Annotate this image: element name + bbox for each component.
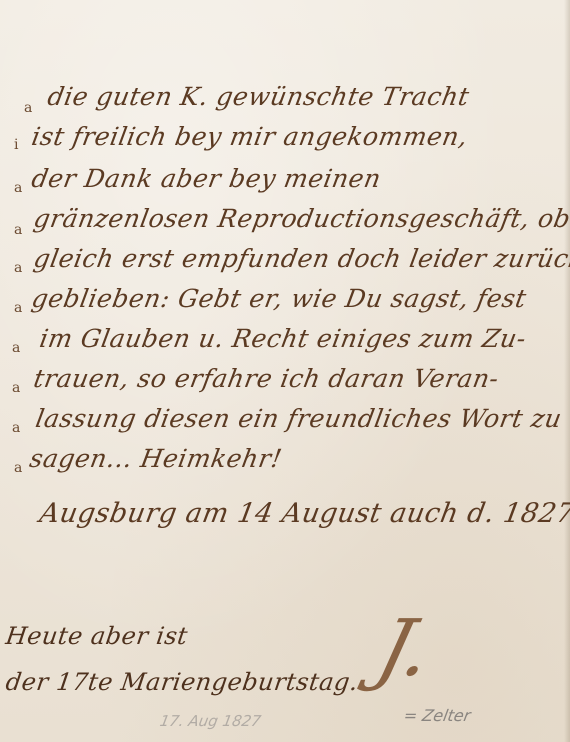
line-marker: a [14,260,22,276]
signature-monogram: J. [370,610,439,688]
letter-body-line-9: lassung diesen ein freundliches Wort zu [33,404,564,433]
letter-body-line-6: geblieben: Gebt er, wie Du sagst, fest [29,284,528,313]
line-marker: a [24,100,32,116]
letter-body-line-4: gränzenlosen Reproductionsgeschäft, ob- [31,204,570,233]
line-marker: i [14,137,18,153]
letter-body-line-3: der Dank aber bey meinen [29,164,383,193]
letter-body-line-2: ist freilich bey mir angekommen, [29,122,470,151]
line-marker: a [14,222,22,238]
letter-body-line-7: im Glauben u. Recht einiges zum Zu- [37,324,528,353]
letter-body-line-5: gleich erst empfunden doch leider zurück [31,244,570,273]
line-marker: a [12,420,20,436]
letter-sheet: a i a a a a a a a a die guten K. gewünsc… [0,0,570,742]
line-marker: a [14,300,22,316]
paper-edge-shadow [564,0,570,742]
letter-body-line-8: trauen, so erfahre ich daran Veran- [31,364,501,393]
dateline: Augsburg am 14 August auch d. 1827. [37,498,570,529]
line-marker: a [12,340,20,356]
postscript-line-2: der 17te Mariengeburtstag. [4,668,360,696]
line-marker: a [14,180,22,196]
pencil-date-note: 17. Aug 1827 [158,712,262,730]
line-marker: a [12,380,20,396]
letter-body-line-10: sagen... Heimkehr! [27,444,284,473]
line-marker: a [14,460,22,476]
letter-body-line-1: die guten K. gewünschte Tracht [45,82,471,111]
pencil-annotation-zelter: = Zelter [402,706,472,725]
postscript-line-1: Heute aber ist [4,622,190,650]
